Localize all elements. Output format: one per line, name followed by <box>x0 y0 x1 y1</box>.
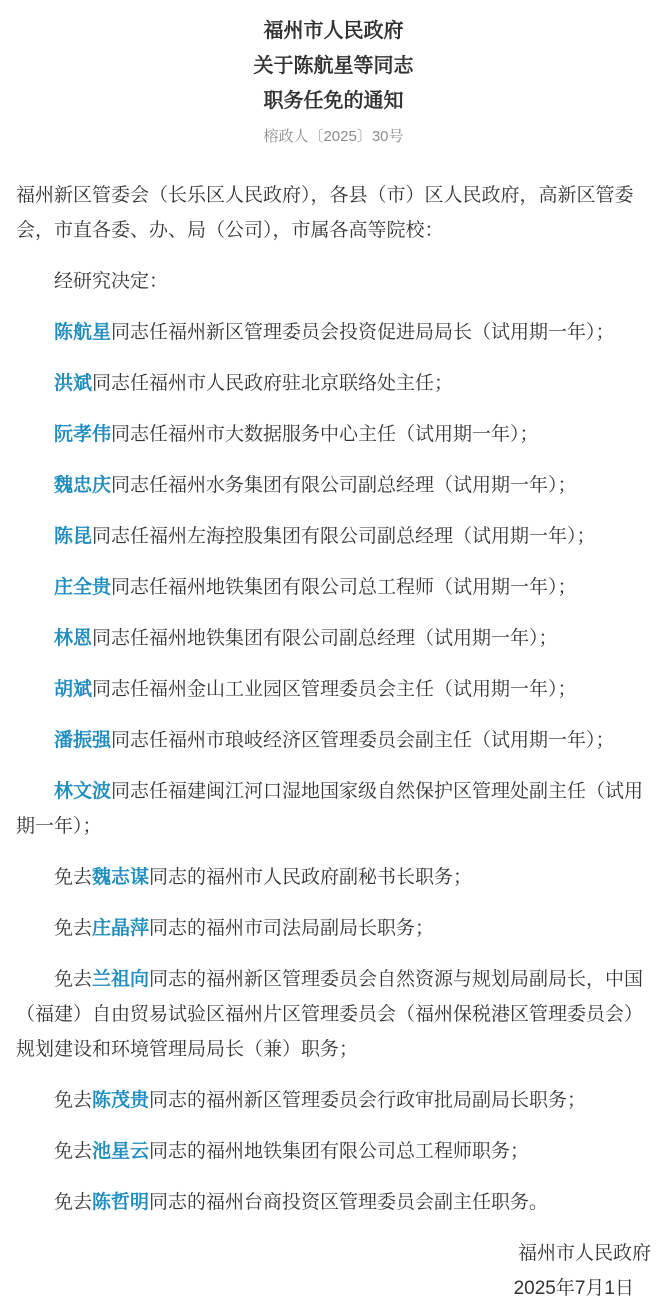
person-name: 胡斌 <box>54 679 92 700</box>
appointment-paragraph: 洪斌同志任福州市人民政府驻北京联络处主任； <box>16 366 651 401</box>
appointment-paragraph: 阮孝伟同志任福州市大数据服务中心主任（试用期一年）； <box>16 417 651 452</box>
removal-text: 同志的福州新区管理委员会行政审批局副局长职务； <box>149 1090 586 1111</box>
document-title-line-2: 关于陈航星等同志 <box>16 49 651 84</box>
appointment-paragraph: 庄全贵同志任福州地铁集团有限公司总工程师（试用期一年）； <box>16 570 651 605</box>
appointment-paragraph: 魏忠庆同志任福州水务集团有限公司副总经理（试用期一年）； <box>16 468 651 503</box>
appointment-paragraph: 林恩同志任福州地铁集团有限公司副总经理（试用期一年）； <box>16 621 651 656</box>
document-title-line-1: 福州市人民政府 <box>16 14 651 49</box>
person-name: 魏忠庆 <box>54 475 111 496</box>
removal-paragraph: 免去魏志谋同志的福州市人民政府副秘书长职务； <box>16 860 651 895</box>
person-name: 阮孝伟 <box>54 424 111 445</box>
signature-issuer: 福州市人民政府 <box>16 1236 651 1271</box>
removal-prefix: 免去 <box>54 918 92 939</box>
appointment-paragraph: 陈昆同志任福州左海控股集团有限公司副总经理（试用期一年）； <box>16 519 651 554</box>
person-name: 潘振强 <box>54 730 111 751</box>
appointment-paragraph: 陈航星同志任福州新区管理委员会投资促进局局长（试用期一年）； <box>16 315 651 350</box>
appointment-text: 同志任福州地铁集团有限公司副总经理（试用期一年）； <box>92 628 558 649</box>
document-number: 榕政人〔2025〕30号 <box>16 119 651 154</box>
person-name: 庄全贵 <box>54 577 111 598</box>
appointment-text: 同志任福建闽江河口湿地国家级自然保护区管理处副主任（试用期一年）； <box>16 781 643 837</box>
appointment-text: 同志任福州新区管理委员会投资促进局局长（试用期一年）； <box>111 322 615 343</box>
appointment-text: 同志任福州左海控股集团有限公司副总经理（试用期一年）； <box>92 526 596 547</box>
appointment-paragraph: 潘振强同志任福州市琅岐经济区管理委员会副主任（试用期一年）； <box>16 723 651 758</box>
salutation-paragraph: 福州新区管委会（长乐区人民政府），各县（市）区人民政府，高新区管委会，市直各委、… <box>16 178 651 248</box>
removal-paragraph: 免去池星云同志的福州地铁集团有限公司总工程师职务； <box>16 1134 651 1169</box>
signature-date: 2025年7月1日 <box>16 1271 651 1306</box>
removal-text: 同志的福州地铁集团有限公司总工程师职务； <box>149 1141 529 1162</box>
appointment-text: 同志任福州市人民政府驻北京联络处主任； <box>92 373 453 394</box>
removal-prefix: 免去 <box>54 1090 92 1111</box>
document-title-line-3: 职务任免的通知 <box>16 84 651 119</box>
removal-paragraph: 免去陈茂贵同志的福州新区管理委员会行政审批局副局长职务； <box>16 1083 651 1118</box>
appointment-text: 同志任福州市大数据服务中心主任（试用期一年）； <box>111 424 539 445</box>
signature-block: 福州市人民政府 2025年7月1日 <box>16 1236 651 1306</box>
appointment-text: 同志任福州地铁集团有限公司总工程师（试用期一年）； <box>111 577 577 598</box>
removal-prefix: 免去 <box>54 1141 92 1162</box>
removal-prefix: 免去 <box>54 1192 92 1213</box>
removal-text: 同志的福州台商投资区管理委员会副主任职务。 <box>149 1192 548 1213</box>
document-body: 福州新区管委会（长乐区人民政府），各县（市）区人民政府，高新区管委会，市直各委、… <box>16 178 651 1220</box>
person-name: 林恩 <box>54 628 92 649</box>
appointment-paragraph: 胡斌同志任福州金山工业园区管理委员会主任（试用期一年）； <box>16 672 651 707</box>
person-name: 兰祖向 <box>92 969 149 990</box>
person-name: 陈航星 <box>54 322 111 343</box>
person-name: 陈哲明 <box>92 1192 149 1213</box>
appointment-text: 同志任福州市琅岐经济区管理委员会副主任（试用期一年）； <box>111 730 615 751</box>
person-name: 陈昆 <box>54 526 92 547</box>
appointment-text: 同志任福州金山工业园区管理委员会主任（试用期一年）； <box>92 679 577 700</box>
removal-text: 同志的福州市司法局副局长职务； <box>149 918 434 939</box>
person-name: 魏志谋 <box>92 867 149 888</box>
person-name: 池星云 <box>92 1141 149 1162</box>
appointment-paragraph: 林文波同志任福建闽江河口湿地国家级自然保护区管理处副主任（试用期一年）； <box>16 774 651 844</box>
removal-prefix: 免去 <box>54 867 92 888</box>
document-title: 福州市人民政府 关于陈航星等同志 职务任免的通知 <box>16 14 651 119</box>
notice-document: 福州市人民政府 关于陈航星等同志 职务任免的通知 榕政人〔2025〕30号 福州… <box>0 0 667 1309</box>
person-name: 陈茂贵 <box>92 1090 149 1111</box>
person-name: 庄晶萍 <box>92 918 149 939</box>
removal-paragraph: 免去陈哲明同志的福州台商投资区管理委员会副主任职务。 <box>16 1185 651 1220</box>
person-name: 林文波 <box>54 781 111 802</box>
removal-text: 同志的福州市人民政府副秘书长职务； <box>149 867 472 888</box>
appointment-text: 同志任福州水务集团有限公司副总经理（试用期一年）； <box>111 475 577 496</box>
decision-intro-paragraph: 经研究决定： <box>16 264 651 299</box>
removal-paragraph: 免去兰祖向同志的福州新区管理委员会自然资源与规划局副局长，中国（福建）自由贸易试… <box>16 962 651 1067</box>
person-name: 洪斌 <box>54 373 92 394</box>
removal-paragraph: 免去庄晶萍同志的福州市司法局副局长职务； <box>16 911 651 946</box>
removal-prefix: 免去 <box>54 969 92 990</box>
